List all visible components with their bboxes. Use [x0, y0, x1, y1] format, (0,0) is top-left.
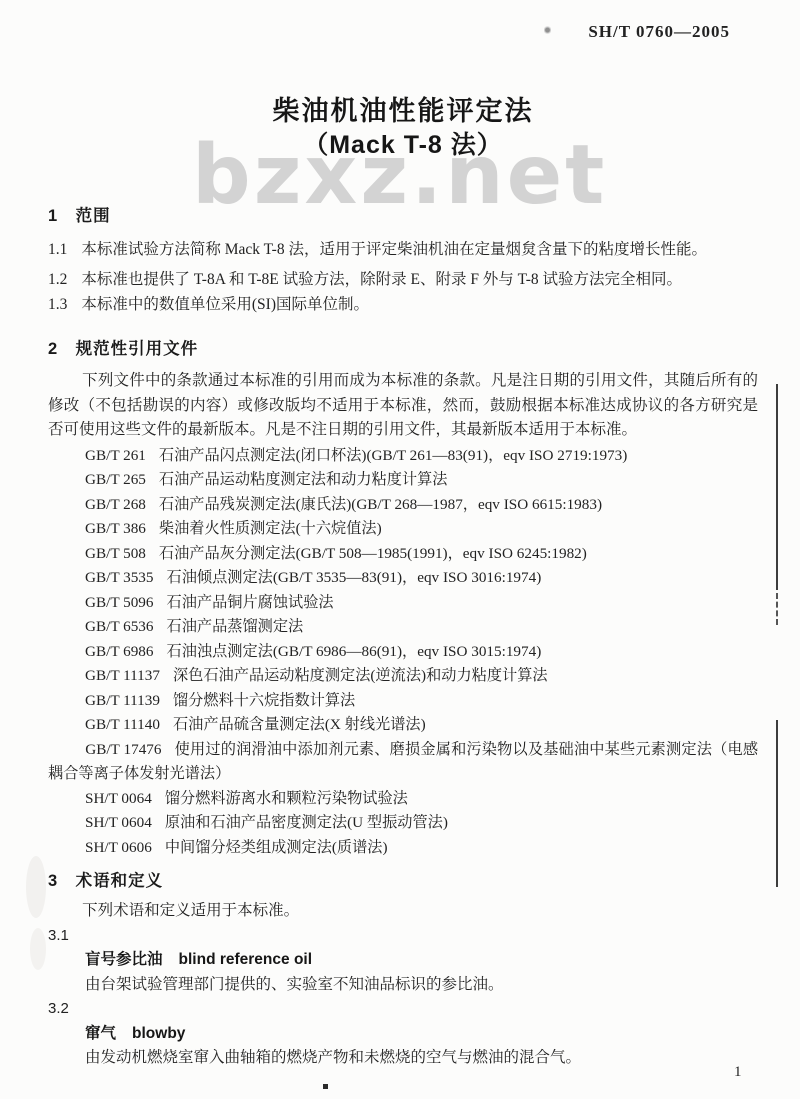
reference-item: GB/T 261石油产品闪点测定法(闭口杯法)(GB/T 261—83(91)，…: [48, 444, 758, 469]
reference-item: GB/T 6536石油产品蒸馏测定法: [48, 615, 758, 640]
reference-title: 石油产品闪点测定法(闭口杯法)(GB/T 261—83(91)，eqv ISO …: [159, 447, 627, 464]
reference-item: GB/T 265石油产品运动粘度测定法和动力粘度计算法: [48, 468, 758, 493]
reference-title: 石油产品硫含量测定法(X 射线光谱法): [173, 716, 426, 733]
clause-1-2-text: 本标准也提供了 T-8A 和 T-8E 试验方法，除附录 E、附录 F 外与 T…: [81, 271, 682, 288]
reference-code: GB/T 386: [85, 520, 146, 537]
page-number: 1: [734, 1064, 742, 1081]
reference-code: GB/T 17476: [85, 741, 161, 758]
document-title: 柴油机油性能评定法 （Mack T-8 法）: [48, 94, 758, 162]
reference-code: GB/T 3535: [85, 569, 154, 586]
term-entry-3-2: 3.2 窜气blowby 由发动机燃烧室窜入曲轴箱的燃烧产物和未燃烧的空气与燃油…: [48, 997, 758, 1071]
reference-title: 原油和石油产品密度测定法(U 型振动管法): [165, 814, 448, 831]
reference-code: SH/T 0606: [85, 839, 152, 856]
clause-1-1: 1.1本标准试验方法简称 Mack T-8 法，适用于评定柴油机油在定量烟炱含量…: [48, 237, 758, 262]
reference-code: SH/T 0604: [85, 814, 152, 831]
reference-code: GB/T 11140: [85, 716, 160, 733]
document-page: SH/T 0760—2005 柴油机油性能评定法 （Mack T-8 法） 1 …: [48, 0, 758, 1071]
reference-title: 馏分燃料游离水和颗粒污染物试验法: [165, 790, 408, 807]
reference-code: GB/T 265: [85, 471, 146, 488]
reference-title: 石油产品运动粘度测定法和动力粘度计算法: [159, 471, 448, 488]
reference-title: 石油产品灰分测定法(GB/T 508—1985(1991)，eqv ISO 62…: [159, 545, 587, 562]
term-en: blowby: [132, 1025, 185, 1042]
reference-title: 石油浊点测定法(GB/T 6986—86(91)，eqv ISO 3015:19…: [167, 643, 542, 660]
reference-title: 深色石油产品运动粘度测定法(逆流法)和动力粘度计算法: [173, 667, 548, 684]
reference-item: GB/T 6986石油浊点测定法(GB/T 6986—86(91)，eqv IS…: [48, 640, 758, 665]
reference-code: GB/T 261: [85, 447, 146, 464]
clause-1-1-text: 本标准试验方法简称 Mack T-8 法，适用于评定柴油机油在定量烟炱含量下的粘…: [81, 241, 707, 258]
reference-item: GB/T 3535石油倾点测定法(GB/T 3535—83(91)，eqv IS…: [48, 566, 758, 591]
term-zh: 盲号参比油: [85, 951, 163, 968]
clause-1-3-text: 本标准中的数值单位采用(SI)国际单位制。: [81, 296, 369, 313]
term-title: 窜气blowby: [48, 1022, 758, 1047]
reference-title: 石油产品铜片腐蚀试验法: [167, 594, 334, 611]
reference-item: GB/T 17476使用过的润滑油中添加剂元素、磨损金属和污染物以及基础油中某些…: [48, 738, 758, 787]
reference-item: GB/T 268石油产品残炭测定法(康氏法)(GB/T 268—1987，eqv…: [48, 493, 758, 518]
term-en: blind reference oil: [179, 951, 313, 968]
term-zh: 窜气: [85, 1025, 116, 1042]
clause-1-1-number: 1.1: [48, 241, 67, 258]
reference-title: 中间馏分烃类组成测定法(质谱法): [165, 839, 388, 856]
reference-item: GB/T 11139馏分燃料十六烷指数计算法: [48, 689, 758, 714]
reference-title: 柴油着火性质测定法(十六烷值法): [159, 520, 382, 537]
normative-intro-paragraph: 下列文件中的条款通过本标准的引用而成为本标准的条款。凡是注日期的引用文件，其随后…: [48, 369, 758, 443]
reference-code: GB/T 508: [85, 545, 146, 562]
reference-code: GB/T 11139: [85, 692, 160, 709]
term-definition: 由台架试验管理部门提供的、实验室不知油品标识的参比油。: [48, 973, 758, 998]
reference-item: GB/T 508石油产品灰分测定法(GB/T 508—1985(1991)，eq…: [48, 542, 758, 567]
reference-title: 石油产品蒸馏测定法: [167, 618, 304, 635]
scan-artifact-vertical-line: [776, 384, 778, 590]
reference-title: 石油倾点测定法(GB/T 3535—83(91)，eqv ISO 3016:19…: [167, 569, 542, 586]
clause-1-2: 1.2本标准也提供了 T-8A 和 T-8E 试验方法，除附录 E、附录 F 外…: [48, 267, 758, 292]
document-title-line1: 柴油机油性能评定法: [48, 94, 758, 128]
reference-item: GB/T 11137深色石油产品运动粘度测定法(逆流法)和动力粘度计算法: [48, 664, 758, 689]
reference-code: GB/T 6986: [85, 643, 154, 660]
reference-title: 馏分燃料十六烷指数计算法: [173, 692, 355, 709]
clause-1-3-number: 1.3: [48, 296, 67, 313]
clause-1-2-number: 1.2: [48, 271, 67, 288]
reference-title: 石油产品残炭测定法(康氏法)(GB/T 268—1987，eqv ISO 661…: [159, 496, 602, 513]
terms-intro: 下列术语和定义适用于本标准。: [48, 899, 758, 924]
reference-code: SH/T 0064: [85, 790, 152, 807]
term-title: 盲号参比油blind reference oil: [48, 948, 758, 973]
reference-item: SH/T 0064馏分燃料游离水和颗粒污染物试验法: [48, 787, 758, 812]
term-number: 3.2: [48, 997, 758, 1022]
scan-artifact-vertical-line-dashed: [776, 593, 778, 625]
section-2-heading: 2 规范性引用文件: [48, 337, 758, 362]
scan-dot: [323, 1084, 328, 1089]
reference-item: GB/T 5096石油产品铜片腐蚀试验法: [48, 591, 758, 616]
reference-item: GB/T 386柴油着火性质测定法(十六烷值法): [48, 517, 758, 542]
normative-reference-list: GB/T 261石油产品闪点测定法(闭口杯法)(GB/T 261—83(91)，…: [48, 444, 758, 861]
term-definition: 由发动机燃烧室窜入曲轴箱的燃烧产物和未燃烧的空气与燃油的混合气。: [48, 1046, 758, 1071]
reference-code: GB/T 11137: [85, 667, 160, 684]
reference-code: GB/T 6536: [85, 618, 154, 635]
scan-speck: [544, 26, 551, 35]
scan-smudge: [26, 856, 46, 918]
section-3-heading: 3 术语和定义: [48, 869, 758, 894]
scan-smudge: [30, 928, 46, 970]
section-1-heading: 1 范围: [48, 204, 758, 229]
standard-code: SH/T 0760—2005: [48, 0, 758, 42]
reference-item: GB/T 11140石油产品硫含量测定法(X 射线光谱法): [48, 713, 758, 738]
scan-artifact-vertical-line: [776, 720, 778, 887]
reference-item: SH/T 0604原油和石油产品密度测定法(U 型振动管法): [48, 811, 758, 836]
clause-1-3: 1.3本标准中的数值单位采用(SI)国际单位制。: [48, 292, 758, 317]
term-entry-3-1: 3.1 盲号参比油blind reference oil 由台架试验管理部门提供…: [48, 924, 758, 998]
document-title-line2: （Mack T-8 法）: [48, 128, 758, 162]
term-number: 3.1: [48, 924, 758, 949]
reference-item: SH/T 0606中间馏分烃类组成测定法(质谱法): [48, 836, 758, 861]
reference-code: GB/T 5096: [85, 594, 154, 611]
reference-code: GB/T 268: [85, 496, 146, 513]
